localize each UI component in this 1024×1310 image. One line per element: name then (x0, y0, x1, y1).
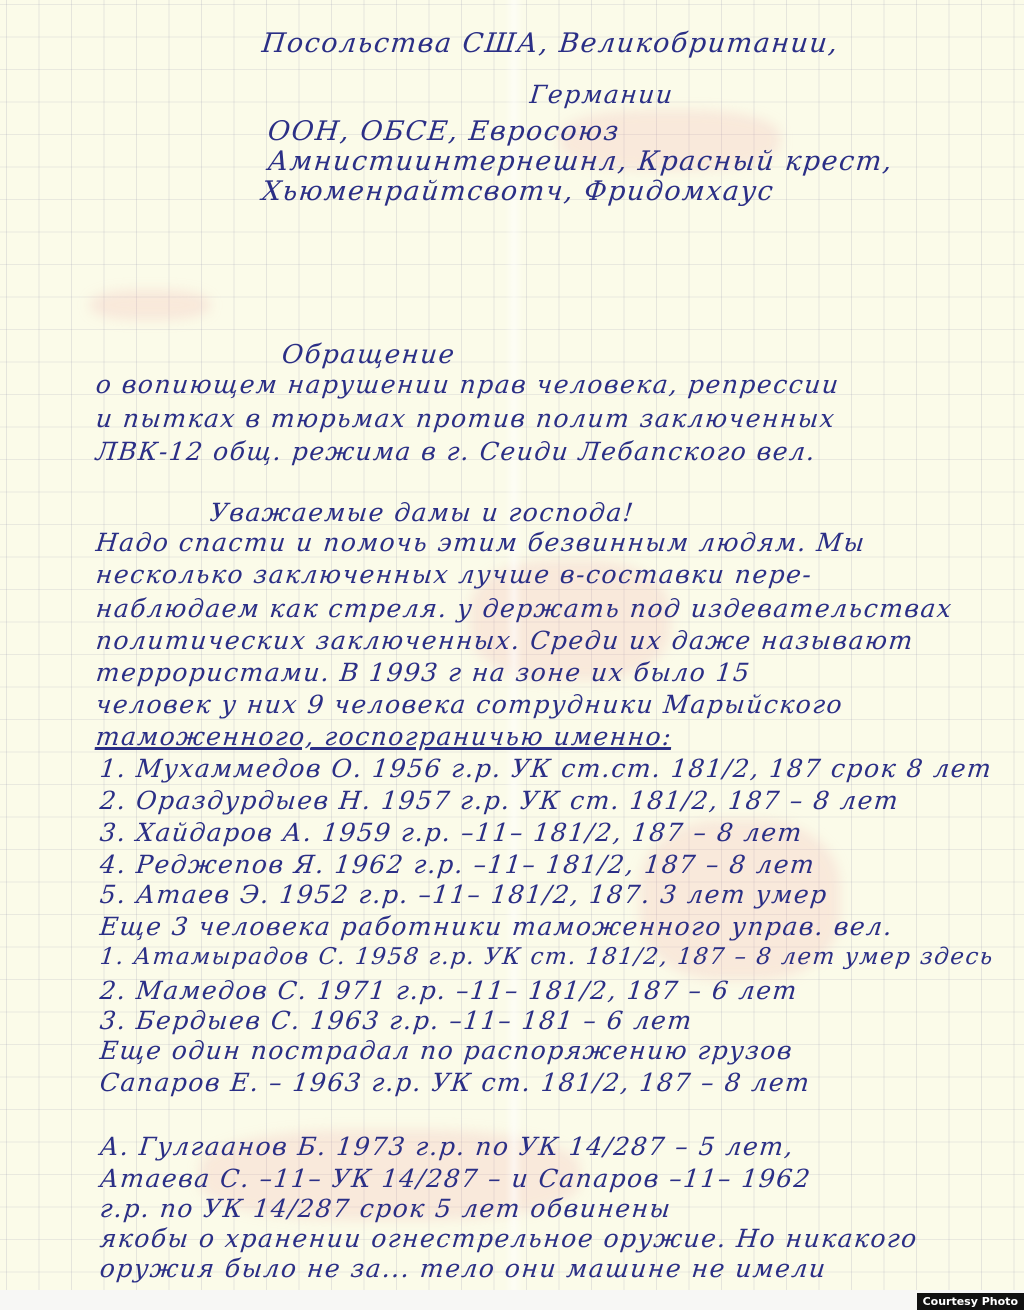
body-line: Еще один пострадал по распоряжению грузо… (98, 1036, 794, 1065)
body-line: таможенного, госпограничью именно: (94, 722, 673, 751)
addressee-line: Германии (528, 80, 675, 109)
prisoner-entry: 3. Бердыев С. 1963 г.р. –11– 181 – 6 лет (98, 1006, 694, 1035)
photo-credit: Courtesy Photo (917, 1293, 1024, 1310)
salutation: Уважаемые дамы и господа! (208, 498, 636, 527)
closing-line: Атаева С. –11– УК 14/287 – и Сапаров –11… (98, 1164, 812, 1193)
graph-paper-letter: Посольства США, Великобритании, Германии… (0, 0, 1024, 1290)
body-line: террористами. В 1993 г на зоне их было 1… (94, 658, 752, 687)
addressee-line: ООН, ОБСЕ, Евросоюз (266, 116, 621, 147)
prisoner-entry: 2. Мамедов С. 1971 г.р. –11– 181/2, 187 … (98, 976, 799, 1005)
prisoner-entry: Сапаров Е. – 1963 г.р. УК ст. 181/2, 187… (98, 1068, 812, 1097)
prisoner-entry: 2. Ораздурдыев Н. 1957 г.р. УК ст. 181/2… (98, 786, 900, 815)
addressee-line: Посольства США, Великобритании, (260, 28, 840, 59)
subject-line: и пытках в тюрьмах против полит заключен… (94, 404, 837, 433)
addressee-line: Хьюменрайтсвотч, Фридомхаус (260, 176, 776, 207)
prisoner-entry: 1. Атамырадов С. 1958 г.р. УК ст. 181/2,… (99, 944, 996, 970)
closing-line: якобы о хранении огнестрельное оружие. Н… (98, 1224, 919, 1253)
closing-line: г.р. по УК 14/287 срок 5 лет обвинены (98, 1194, 673, 1223)
list-intro: Еще 3 человека работники таможенного упр… (98, 912, 894, 941)
addressee-line: Амнистиинтернешнл, Красный крест, (266, 146, 894, 177)
body-line: несколько заключенных лучше в-составки п… (94, 560, 814, 589)
prisoner-entry: 3. Хайдаров А. 1959 г.р. –11– 181/2, 187… (98, 818, 804, 847)
subject-line: ЛВК-12 общ. режима в г. Сеиди Лебапского… (94, 437, 817, 466)
prisoner-entry: 4. Реджепов Я. 1962 г.р. –11– 181/2, 187… (98, 850, 816, 879)
body-line: Надо спасти и помочь этим безвинным людя… (94, 528, 867, 557)
letter-heading: Обращение (280, 340, 457, 370)
prisoner-entry: 5. Атаев Э. 1952 г.р. –11– 181/2, 187. 3… (98, 880, 829, 909)
closing-line: А. Гулгаанов Б. 1973 г.р. по УК 14/287 –… (98, 1132, 795, 1161)
body-line: наблюдаем как стреля. у держать под изде… (94, 594, 954, 623)
ink-stain (90, 290, 210, 320)
closing-line: оружия было не за... тело они машине не … (98, 1254, 828, 1283)
body-line: человек у них 9 человека сотрудники Мары… (94, 690, 844, 719)
prisoner-entry: 1. Мухаммедов О. 1956 г.р. УК ст.ст. 181… (98, 754, 993, 783)
subject-line: о вопиющем нарушении прав человека, репр… (94, 370, 841, 399)
body-line: политических заключенных. Среди их даже … (94, 626, 915, 655)
